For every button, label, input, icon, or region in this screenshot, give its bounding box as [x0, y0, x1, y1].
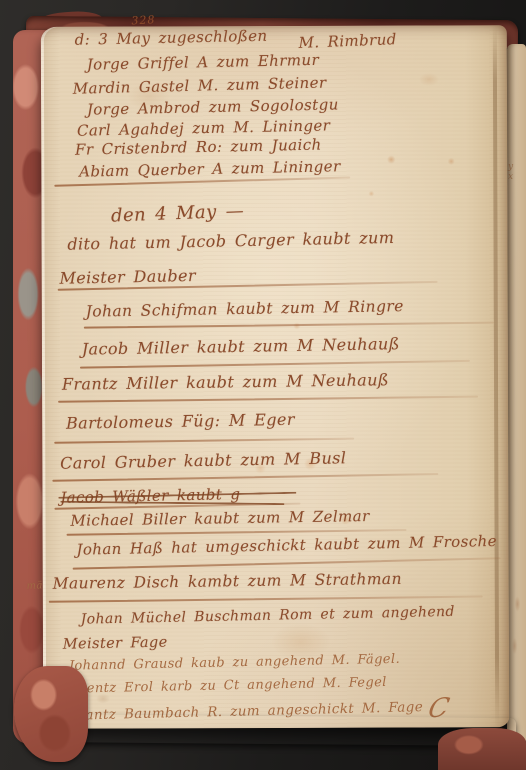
entry-line: Meister Fage — [63, 635, 168, 653]
entry-line: dito hat um Jacob Carger kaubt zum — [67, 228, 394, 254]
pen-underline — [84, 322, 494, 329]
pen-underline — [54, 438, 354, 444]
entry-line: Fr Cristenbrd Ro: zum Juaich — [75, 136, 322, 159]
worn-binding-corner-bottom-left — [14, 666, 88, 762]
scan-background: y x 328 d: 3 May zugeschloßen M. Rimbrud… — [0, 0, 526, 770]
worn-binding-corner-bottom-right — [438, 728, 526, 770]
page-number: 328 — [131, 13, 156, 27]
gutter-crease — [493, 25, 499, 727]
gutter-ink-marks: y x — [508, 162, 526, 182]
entry-line: Carol Gruber kaubt zum M Busl — [60, 448, 347, 472]
entry-line: Frantz Miller kaubt zum M Neuhauß — [62, 370, 389, 394]
pen-underline — [58, 396, 478, 403]
entry-line: Jorge Ambrod zum Sogolostgu — [87, 95, 339, 118]
entry-line: Jorge Griffel A zum Ehrmur — [87, 51, 320, 74]
entry-line: Meister Dauber — [59, 266, 196, 288]
entry-line: Johannd Grausd kaub zu angehend M. Fägel… — [69, 652, 400, 674]
pen-underline — [49, 595, 483, 602]
entry-line: Johan Haß hat umgeschickt kaubt zum M Fr… — [76, 532, 497, 559]
margin-note: mä — [26, 580, 43, 592]
entry-line: Michael Biller kaubt zum M Zelmar — [70, 507, 369, 530]
entry-line: Jacob Miller kaubt zum M Neuhauß — [82, 334, 400, 359]
entry-line: Maurenz Disch kambt zum M Strathman — [53, 570, 403, 593]
pen-underline — [52, 473, 438, 482]
date-line-may3: d: 3 May zugeschloßen — [74, 27, 267, 49]
entry-line: Lorentz Erol karb zu Ct angehend M. Fege… — [63, 675, 387, 697]
pen-underline — [80, 360, 470, 369]
manuscript-page: 328 d: 3 May zugeschloßen M. Rimbrud Jor… — [41, 25, 509, 729]
entry-line: Johan Schifman kaubt zum M Ringre — [85, 297, 403, 321]
pen-underline — [73, 557, 501, 569]
entry-line: Bartolomeus Füg: M Eger — [66, 410, 295, 433]
section-heading-may4: den 4 May — — [111, 200, 245, 226]
entry-line: Mardin Gastel M. zum Steiner — [73, 74, 327, 98]
date-line-may3-master: M. Rimbrud — [298, 30, 397, 52]
entry-line: Johan Müchel Buschman Rom et zum angehen… — [81, 604, 455, 628]
facing-page-sliver: y x — [507, 44, 526, 744]
